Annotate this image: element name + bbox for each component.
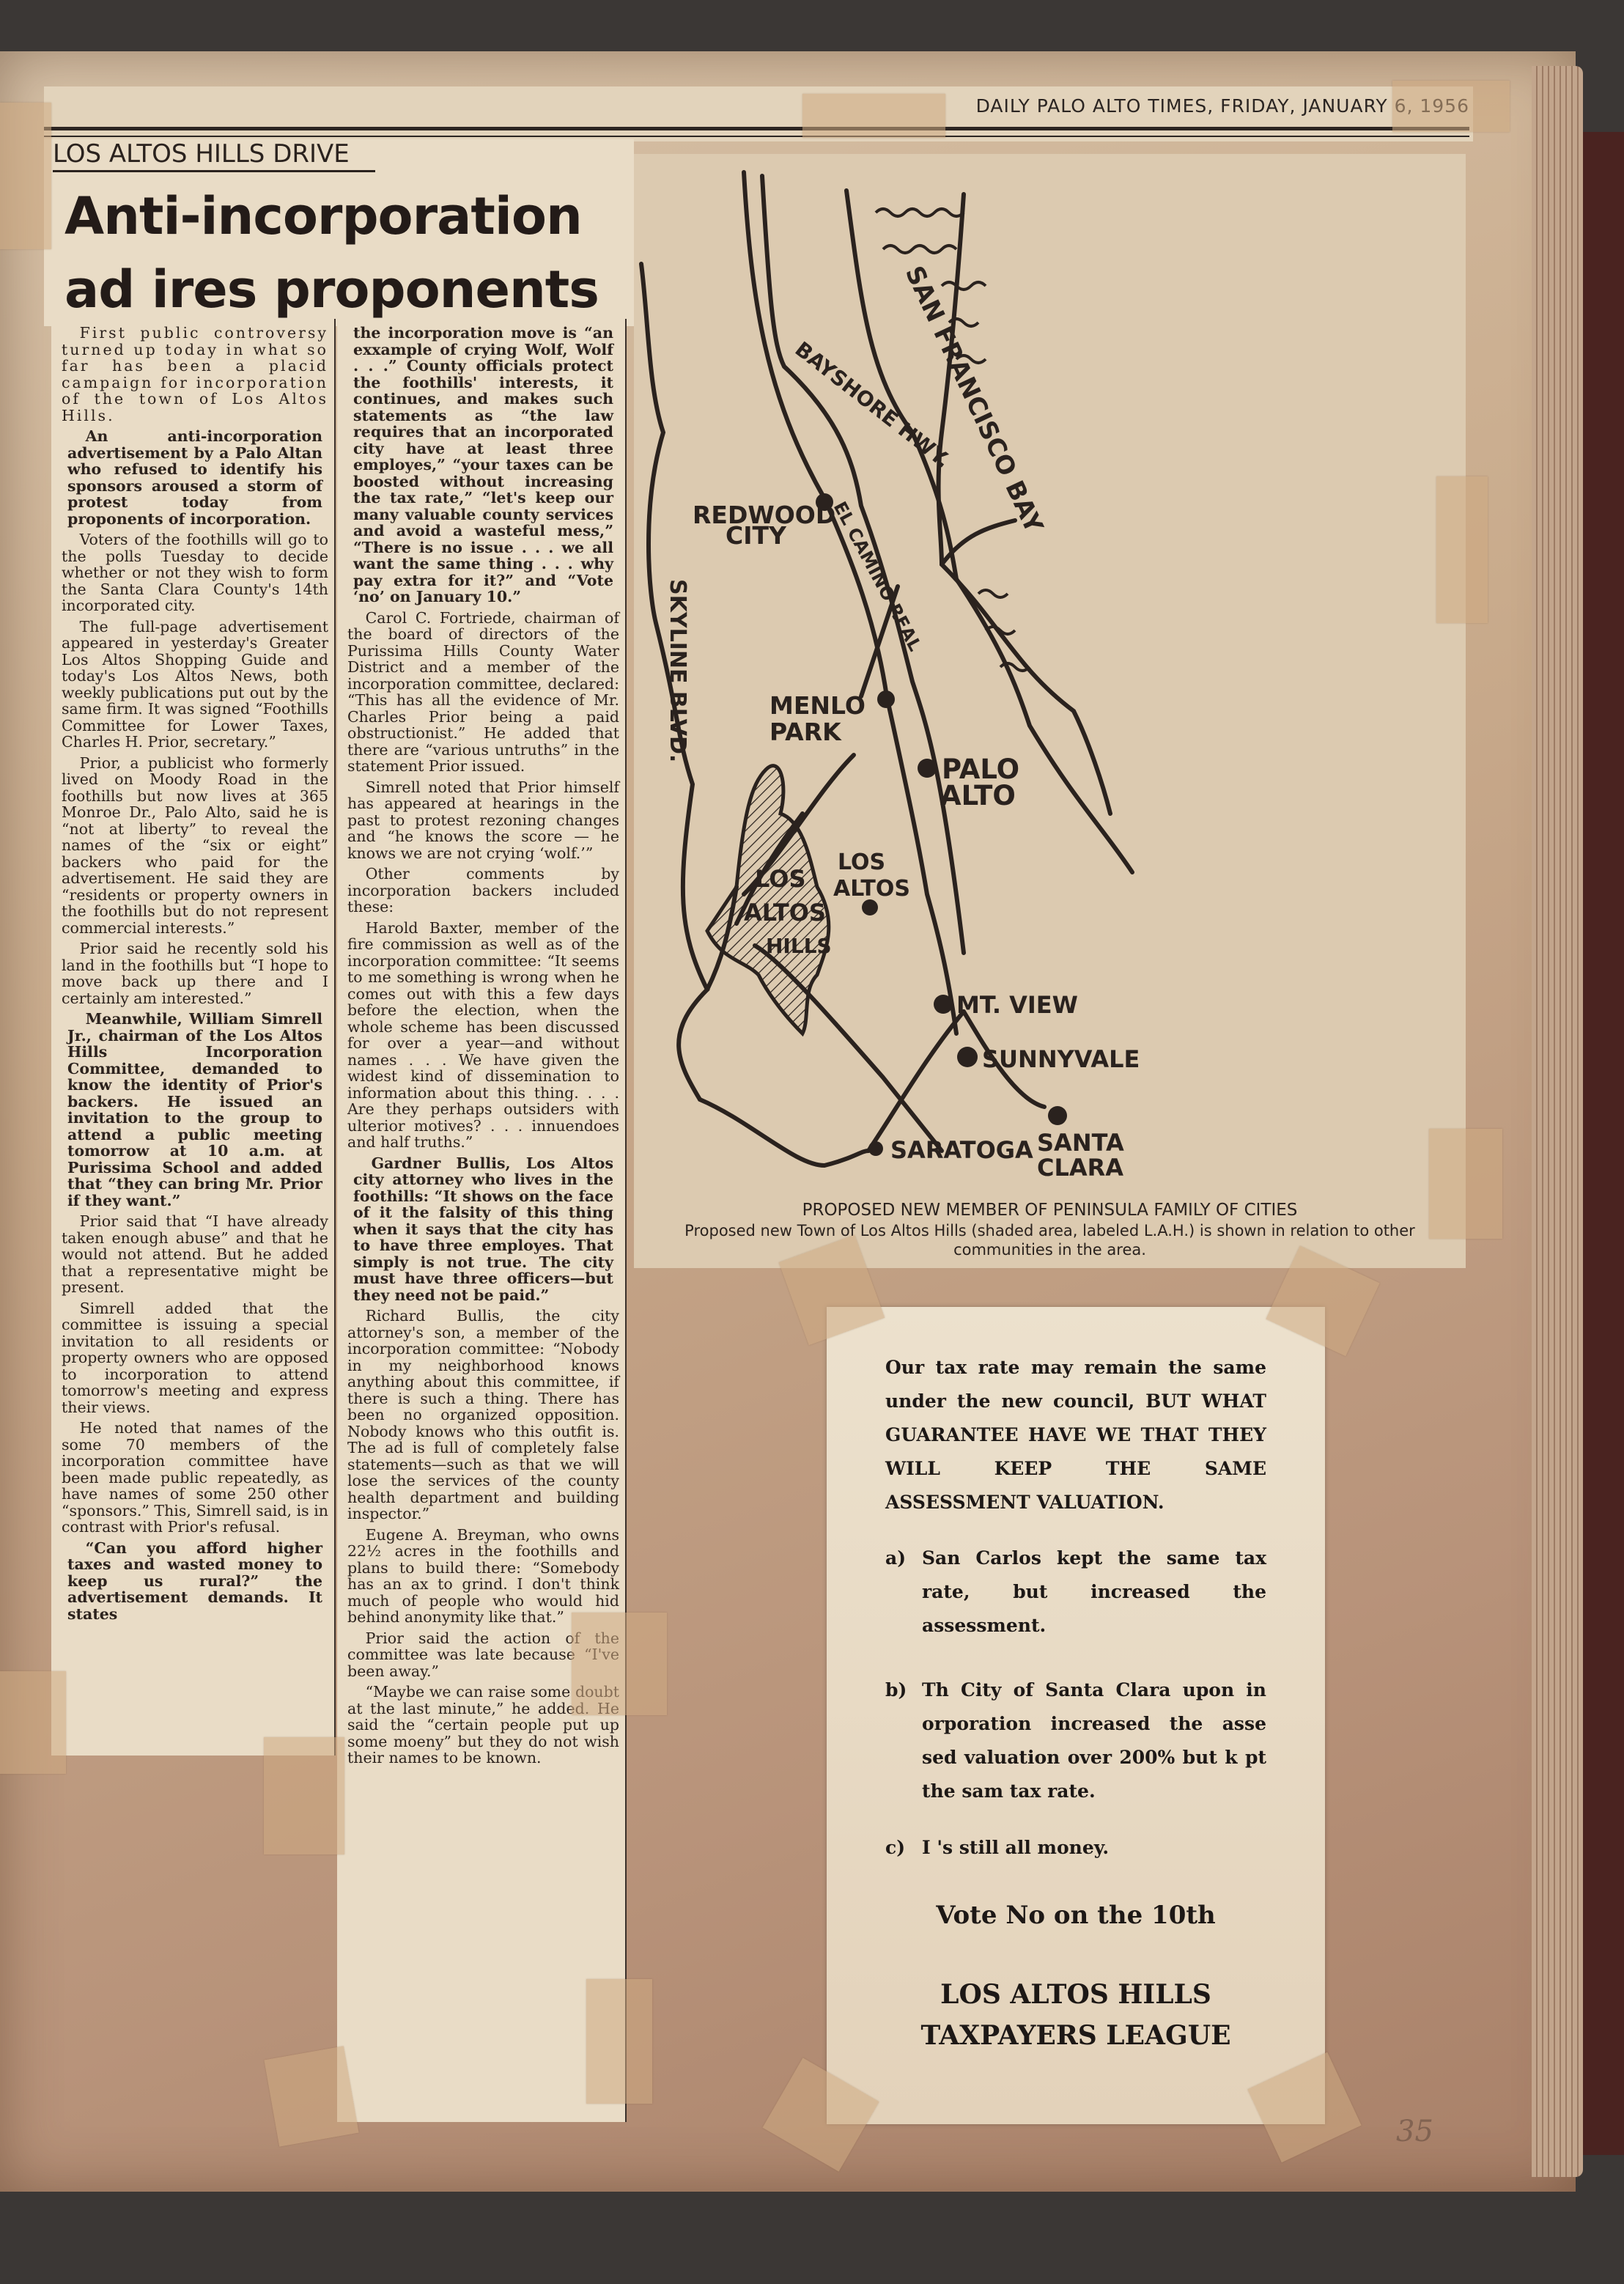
- tape-strip: [264, 1737, 344, 1854]
- label-palo-2: ALTO: [940, 780, 1016, 811]
- article-paragraph: Richard Bullis, the city attorney's son,…: [347, 1308, 619, 1522]
- flyer-item: c) I 's still all money.: [885, 1831, 1266, 1865]
- article-headline: Anti-incorporation ad ires proponents: [64, 180, 636, 326]
- tape-strip: [0, 103, 51, 249]
- map-caption-title: PROPOSED NEW MEMBER OF PENINSULA FAMILY …: [634, 1201, 1466, 1220]
- article-paragraph: First public controversy turned up today…: [62, 325, 328, 424]
- taxpayers-flyer: Our tax rate may remain the same under t…: [827, 1307, 1325, 2124]
- tape-strip: [0, 1671, 66, 1774]
- label-mtview: MT. VIEW: [956, 991, 1078, 1019]
- label-skyline: SKYLINE BLVD.: [665, 579, 690, 762]
- label-santa-clara-1: SANTA: [1037, 1129, 1124, 1157]
- mt-view-dot: [934, 995, 953, 1014]
- article-paragraph: Other comments by incorporation backers …: [347, 866, 619, 916]
- masthead: DAILY PALO ALTO TIMES, FRIDAY, JANUARY 6…: [44, 92, 1469, 136]
- sunnyvale-dot: [957, 1047, 978, 1067]
- label-saratoga: SARATOGA: [890, 1136, 1033, 1164]
- article-paragraph: the incorporation move is “an exxample o…: [347, 325, 619, 605]
- article-paragraph: Prior, a publicist who formerly lived on…: [62, 755, 328, 937]
- flyer-item: a) San Carlos kept the same tax rate, bu…: [885, 1541, 1266, 1643]
- label-losaltos-2: ALTOS: [833, 876, 910, 902]
- label-sf-bay: SAN FRANCISCO BAY: [899, 262, 1049, 538]
- page-edges: [1532, 66, 1583, 2177]
- flyer-vote-line: Vote No on the 10th: [827, 1901, 1325, 1930]
- label-el-camino: EL CAMINO REAL: [830, 498, 926, 655]
- label-redwood-2: CITY: [726, 521, 787, 550]
- saratoga-sunnyvale-road: [868, 1012, 964, 1151]
- article-column-1: First public controversy turned up today…: [51, 319, 336, 1756]
- flyer-item: b) Th City of Santa Clara upon in orpora…: [885, 1673, 1266, 1808]
- article-kicker: LOS ALTOS HILLS DRIVE: [53, 139, 375, 172]
- article-paragraph: Gardner Bullis, Los Altos city attorney …: [347, 1155, 619, 1304]
- label-menlo-2: PARK: [769, 718, 842, 746]
- article-paragraph: Prior said that “I have already taken en…: [62, 1213, 328, 1296]
- headline-line-2: ad ires proponents: [64, 253, 636, 326]
- label-menlo-1: MENLO: [769, 691, 865, 720]
- article-paragraph: “Can you afford higher taxes and wasted …: [62, 1540, 328, 1623]
- article-paragraph: Prior said he recently sold his land in …: [62, 940, 328, 1006]
- map-caption-body: Proposed new Town of Los Altos Hills (sh…: [634, 1221, 1466, 1259]
- flyer-intro: Our tax rate may remain the same under t…: [885, 1351, 1266, 1519]
- saratoga-dot: [868, 1141, 883, 1156]
- flyer-item-marker: b): [885, 1673, 922, 1707]
- article-paragraph: The full-page advertisement appeared in …: [62, 619, 328, 751]
- article-paragraph: Carol C. Fortriede, chairman of the boar…: [347, 610, 619, 775]
- article-paragraph: An anti-incorporation advertisement by a…: [62, 428, 328, 527]
- flyer-item-marker: a): [885, 1541, 922, 1575]
- tape-strip: [1436, 476, 1488, 623]
- tape-strip: [586, 1979, 652, 2104]
- tape-strip: [264, 2046, 358, 2146]
- los-altos-dot: [862, 899, 878, 916]
- masthead-rule: [44, 127, 1469, 130]
- tape-strip: [572, 1613, 667, 1715]
- flyer-organization: LOS ALTOS HILLS TAXPAYERS LEAGUE: [827, 1974, 1325, 2056]
- menlo-park-dot: [877, 690, 895, 708]
- label-santa-clara-2: CLARA: [1037, 1154, 1123, 1182]
- flyer-org-line-1: LOS ALTOS HILLS: [827, 1974, 1325, 2015]
- article-paragraph: Meanwhile, William Simrell Jr., chairman…: [62, 1011, 328, 1209]
- article-paragraph: He noted that names of the some 70 membe…: [62, 1420, 328, 1536]
- article-paragraph: Eugene A. Breyman, who owns 22½ acres in…: [347, 1527, 619, 1626]
- article-paragraph: Simrell added that the committee is issu…: [62, 1300, 328, 1416]
- article-paragraph: Voters of the foothills will go to the p…: [62, 531, 328, 614]
- flyer-item-text: Th City of Santa Clara upon in orporatio…: [922, 1673, 1266, 1808]
- santa-clara-dot: [1048, 1106, 1067, 1125]
- flyer-org-line-2: TAXPAYERS LEAGUE: [827, 2015, 1325, 2056]
- map-clip: REDWOOD CITY MENLO PARK PALO ALTO LOS AL…: [634, 154, 1466, 1268]
- label-lah-1: LOS: [755, 865, 806, 893]
- flyer-item-text: San Carlos kept the same tax rate, but i…: [922, 1541, 1266, 1643]
- palo-alto-dot: [918, 759, 937, 778]
- tape-strip: [1429, 1129, 1502, 1239]
- peninsula-map: REDWOOD CITY MENLO PARK PALO ALTO LOS AL…: [634, 154, 1466, 1195]
- article-column-2: the incorporation move is “an exxample o…: [337, 319, 627, 2122]
- label-bayshore: BAYSHORE HWY.: [791, 337, 955, 473]
- page-number: 35: [1396, 2115, 1433, 2148]
- label-losaltos-1: LOS: [838, 850, 885, 875]
- tape-strip: [802, 94, 945, 138]
- article-paragraph: Harold Baxter, member of the fire commis…: [347, 920, 619, 1151]
- scrapbook-binding: [1583, 132, 1624, 2155]
- label-lah-2: ALTOS: [744, 899, 826, 927]
- flyer-item-text: I 's still all money.: [922, 1831, 1266, 1865]
- label-lah-3: HILLS: [766, 934, 832, 958]
- flyer-item-marker: c): [885, 1831, 922, 1865]
- southern-road: [700, 1099, 868, 1165]
- article-paragraph: Simrell noted that Prior himself has app…: [347, 779, 619, 862]
- tape-strip: [1392, 81, 1510, 132]
- headline-line-1: Anti-incorporation: [64, 180, 636, 253]
- label-sunnyvale: SUNNYVALE: [982, 1045, 1140, 1073]
